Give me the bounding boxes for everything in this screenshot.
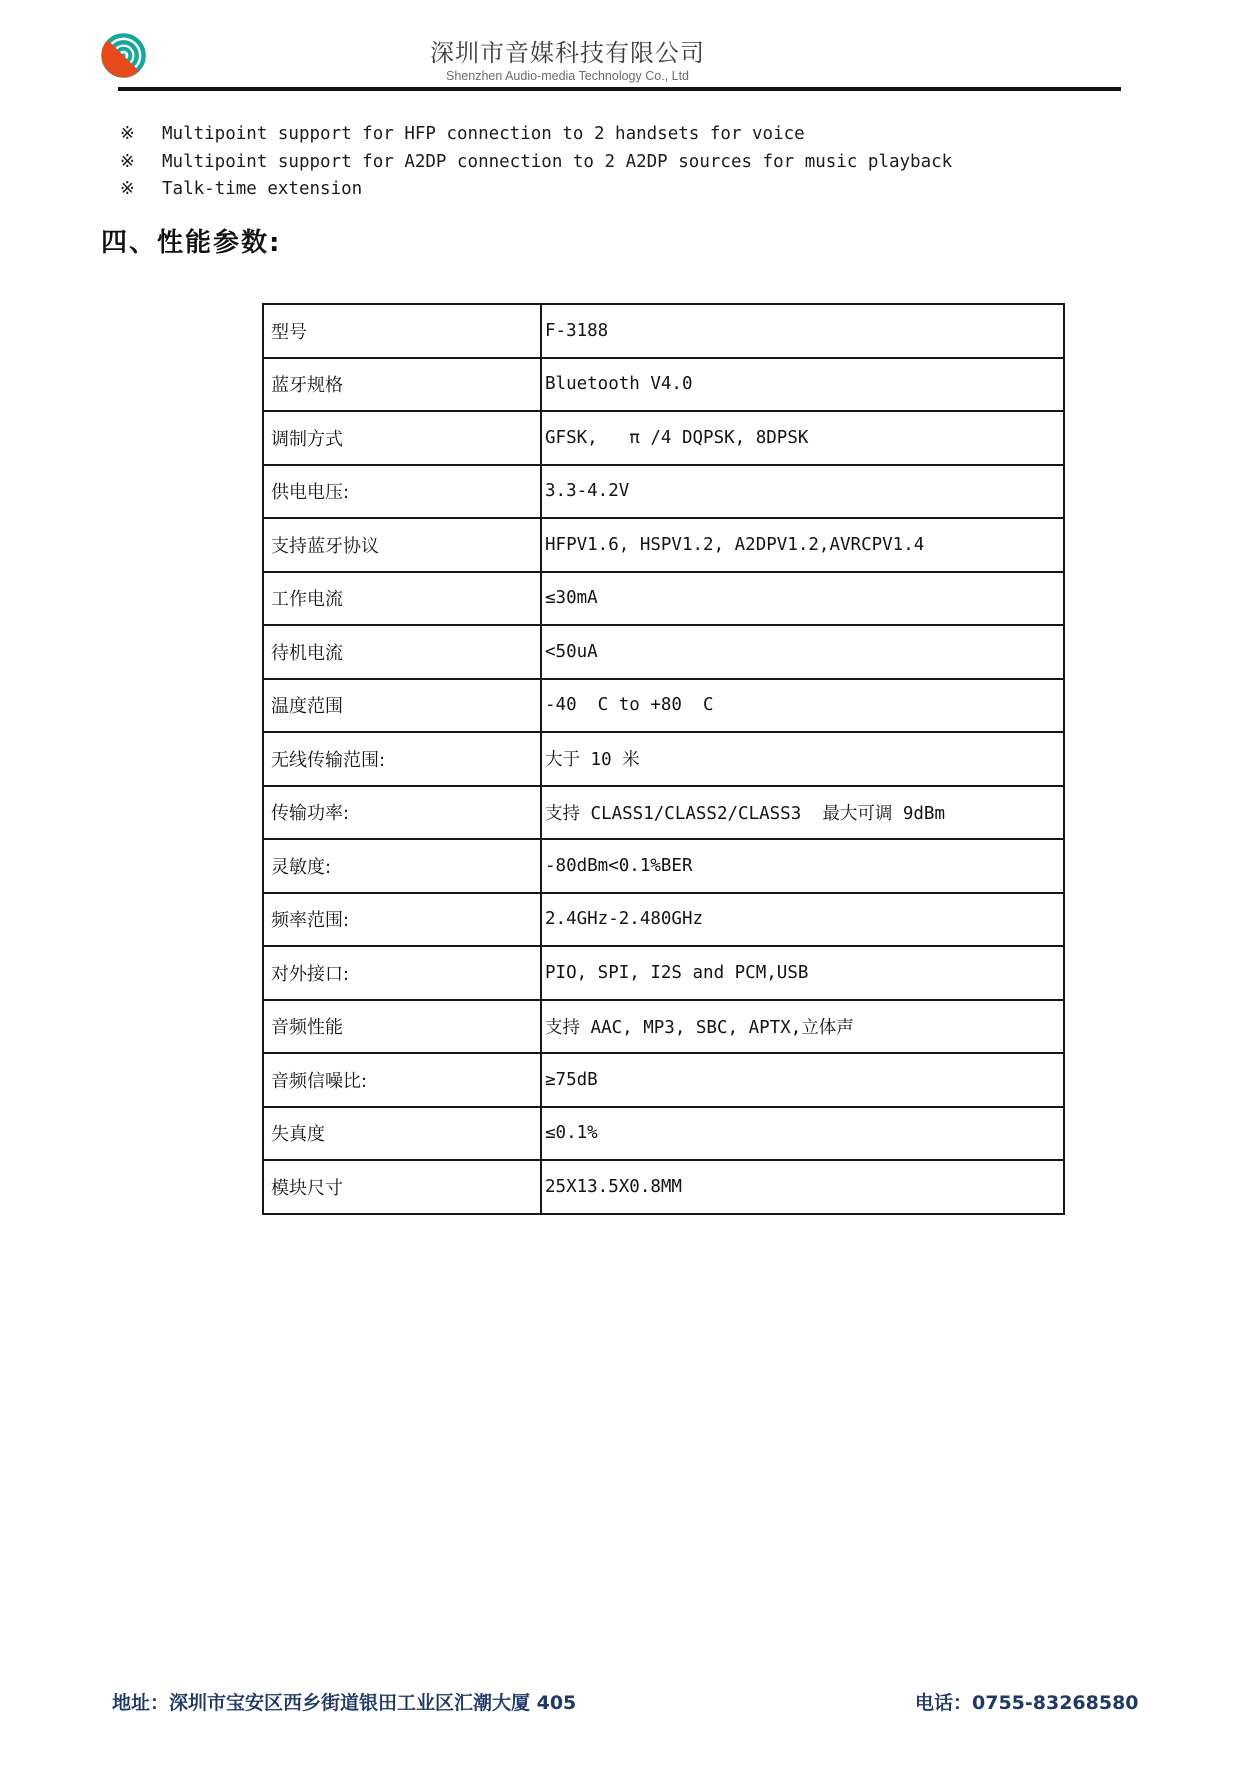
spec-row: 传输功率: 支持 CLASS1/CLASS2/CLASS3 最大可调 9dBm bbox=[263, 786, 1064, 840]
spec-value-cell: <50uA bbox=[541, 625, 1064, 679]
spec-row: 模块尺寸 25X13.5X0.8MM bbox=[263, 1160, 1064, 1214]
spec-value-cell: HFPV1.6, HSPV1.2, A2DPV1.2,AVRCPV1.4 bbox=[541, 518, 1064, 572]
reference-mark-icon: ※ bbox=[120, 149, 162, 177]
spec-label-cell: 温度范围 bbox=[263, 679, 541, 733]
spec-value-cell: ≥75dB bbox=[541, 1053, 1064, 1107]
spec-value-cell: ≤0.1% bbox=[541, 1107, 1064, 1161]
spec-label-cell: 音频性能 bbox=[263, 1000, 541, 1054]
spec-row: 调制方式 GFSK, π /4 DQPSK, 8DPSK bbox=[263, 411, 1064, 465]
spec-label-cell: 无线传输范围: bbox=[263, 732, 541, 786]
company-name-zh: 深圳市音媒科技有限公司 bbox=[0, 40, 1188, 68]
reference-mark-icon: ※ bbox=[120, 176, 162, 204]
spec-label-cell: 对外接口: bbox=[263, 946, 541, 1000]
spec-row: 待机电流 <50uA bbox=[263, 625, 1064, 679]
footer-phone: 电话：0755-83268580 bbox=[915, 1688, 1139, 1715]
reference-mark-icon: ※ bbox=[120, 121, 162, 149]
spec-value-cell: 3.3-4.2V bbox=[541, 465, 1064, 519]
spec-label-cell: 待机电流 bbox=[263, 625, 541, 679]
spec-value-cell: 支持 CLASS1/CLASS2/CLASS3 最大可调 9dBm bbox=[541, 786, 1064, 840]
company-name-en: Shenzhen Audio-media Technology Co., Ltd bbox=[0, 69, 1188, 83]
feature-item: ※ Talk-time extension bbox=[120, 176, 952, 204]
spec-label-cell: 蓝牙规格 bbox=[263, 358, 541, 412]
spec-row: 灵敏度: -80dBm<0.1%BER bbox=[263, 839, 1064, 893]
footer-address: 地址：深圳市宝安区西乡街道银田工业区汇潮大厦 405 bbox=[112, 1688, 576, 1715]
spec-label-cell: 灵敏度: bbox=[263, 839, 541, 893]
spec-row: 型号 F-3188 bbox=[263, 304, 1064, 358]
spec-value-cell: F-3188 bbox=[541, 304, 1064, 358]
spec-row: 音频性能 支持 AAC, MP3, SBC, APTX,立体声 bbox=[263, 1000, 1064, 1054]
spec-value-cell: Bluetooth V4.0 bbox=[541, 358, 1064, 412]
spec-value-cell: 2.4GHz-2.480GHz bbox=[541, 893, 1064, 947]
spec-value-cell: 25X13.5X0.8MM bbox=[541, 1160, 1064, 1214]
spec-label-cell: 模块尺寸 bbox=[263, 1160, 541, 1214]
spec-label-cell: 支持蓝牙协议 bbox=[263, 518, 541, 572]
spec-label-cell: 供电电压: bbox=[263, 465, 541, 519]
spec-value-cell: -40 C to +80 C bbox=[541, 679, 1064, 733]
spec-row: 工作电流 ≤30mA bbox=[263, 572, 1064, 626]
feature-text: Multipoint support for A2DP connection t… bbox=[162, 149, 952, 177]
spec-value-cell: -80dBm<0.1%BER bbox=[541, 839, 1064, 893]
feature-list: ※ Multipoint support for HFP connection … bbox=[120, 121, 952, 204]
spec-value-cell: 大于 10 米 bbox=[541, 732, 1064, 786]
spec-label-cell: 工作电流 bbox=[263, 572, 541, 626]
header-divider bbox=[118, 87, 1121, 91]
spec-row: 失真度 ≤0.1% bbox=[263, 1107, 1064, 1161]
spec-label-cell: 频率范围: bbox=[263, 893, 541, 947]
spec-row: 温度范围 -40 C to +80 C bbox=[263, 679, 1064, 733]
spec-row: 供电电压: 3.3-4.2V bbox=[263, 465, 1064, 519]
spec-value-cell: PIO, SPI, I2S and PCM,USB bbox=[541, 946, 1064, 1000]
spec-row: 支持蓝牙协议 HFPV1.6, HSPV1.2, A2DPV1.2,AVRCPV… bbox=[263, 518, 1064, 572]
spec-label-cell: 调制方式 bbox=[263, 411, 541, 465]
spec-row: 音频信噪比: ≥75dB bbox=[263, 1053, 1064, 1107]
spec-label-cell: 音频信噪比: bbox=[263, 1053, 541, 1107]
spec-value-cell: 支持 AAC, MP3, SBC, APTX,立体声 bbox=[541, 1000, 1064, 1054]
spec-row: 蓝牙规格 Bluetooth V4.0 bbox=[263, 358, 1064, 412]
feature-item: ※ Multipoint support for HFP connection … bbox=[120, 121, 952, 149]
spec-table: 型号 F-3188 蓝牙规格 Bluetooth V4.0 调制方式 GFSK,… bbox=[262, 303, 1065, 1215]
spec-row: 对外接口: PIO, SPI, I2S and PCM,USB bbox=[263, 946, 1064, 1000]
spec-row: 频率范围: 2.4GHz-2.480GHz bbox=[263, 893, 1064, 947]
datasheet-page: 深圳市音媒科技有限公司 Shenzhen Audio-media Technol… bbox=[0, 0, 1241, 1778]
spec-value-cell: ≤30mA bbox=[541, 572, 1064, 626]
feature-text: Multipoint support for HFP connection to… bbox=[162, 121, 805, 149]
spec-label-cell: 传输功率: bbox=[263, 786, 541, 840]
feature-text: Talk-time extension bbox=[162, 176, 362, 204]
spec-row: 无线传输范围: 大于 10 米 bbox=[263, 732, 1064, 786]
spec-label-cell: 失真度 bbox=[263, 1107, 541, 1161]
header: 深圳市音媒科技有限公司 Shenzhen Audio-media Technol… bbox=[0, 40, 1188, 83]
section-title: 四、性能参数: bbox=[101, 222, 281, 259]
spec-label-cell: 型号 bbox=[263, 304, 541, 358]
spec-value-cell: GFSK, π /4 DQPSK, 8DPSK bbox=[541, 411, 1064, 465]
feature-item: ※ Multipoint support for A2DP connection… bbox=[120, 149, 952, 177]
